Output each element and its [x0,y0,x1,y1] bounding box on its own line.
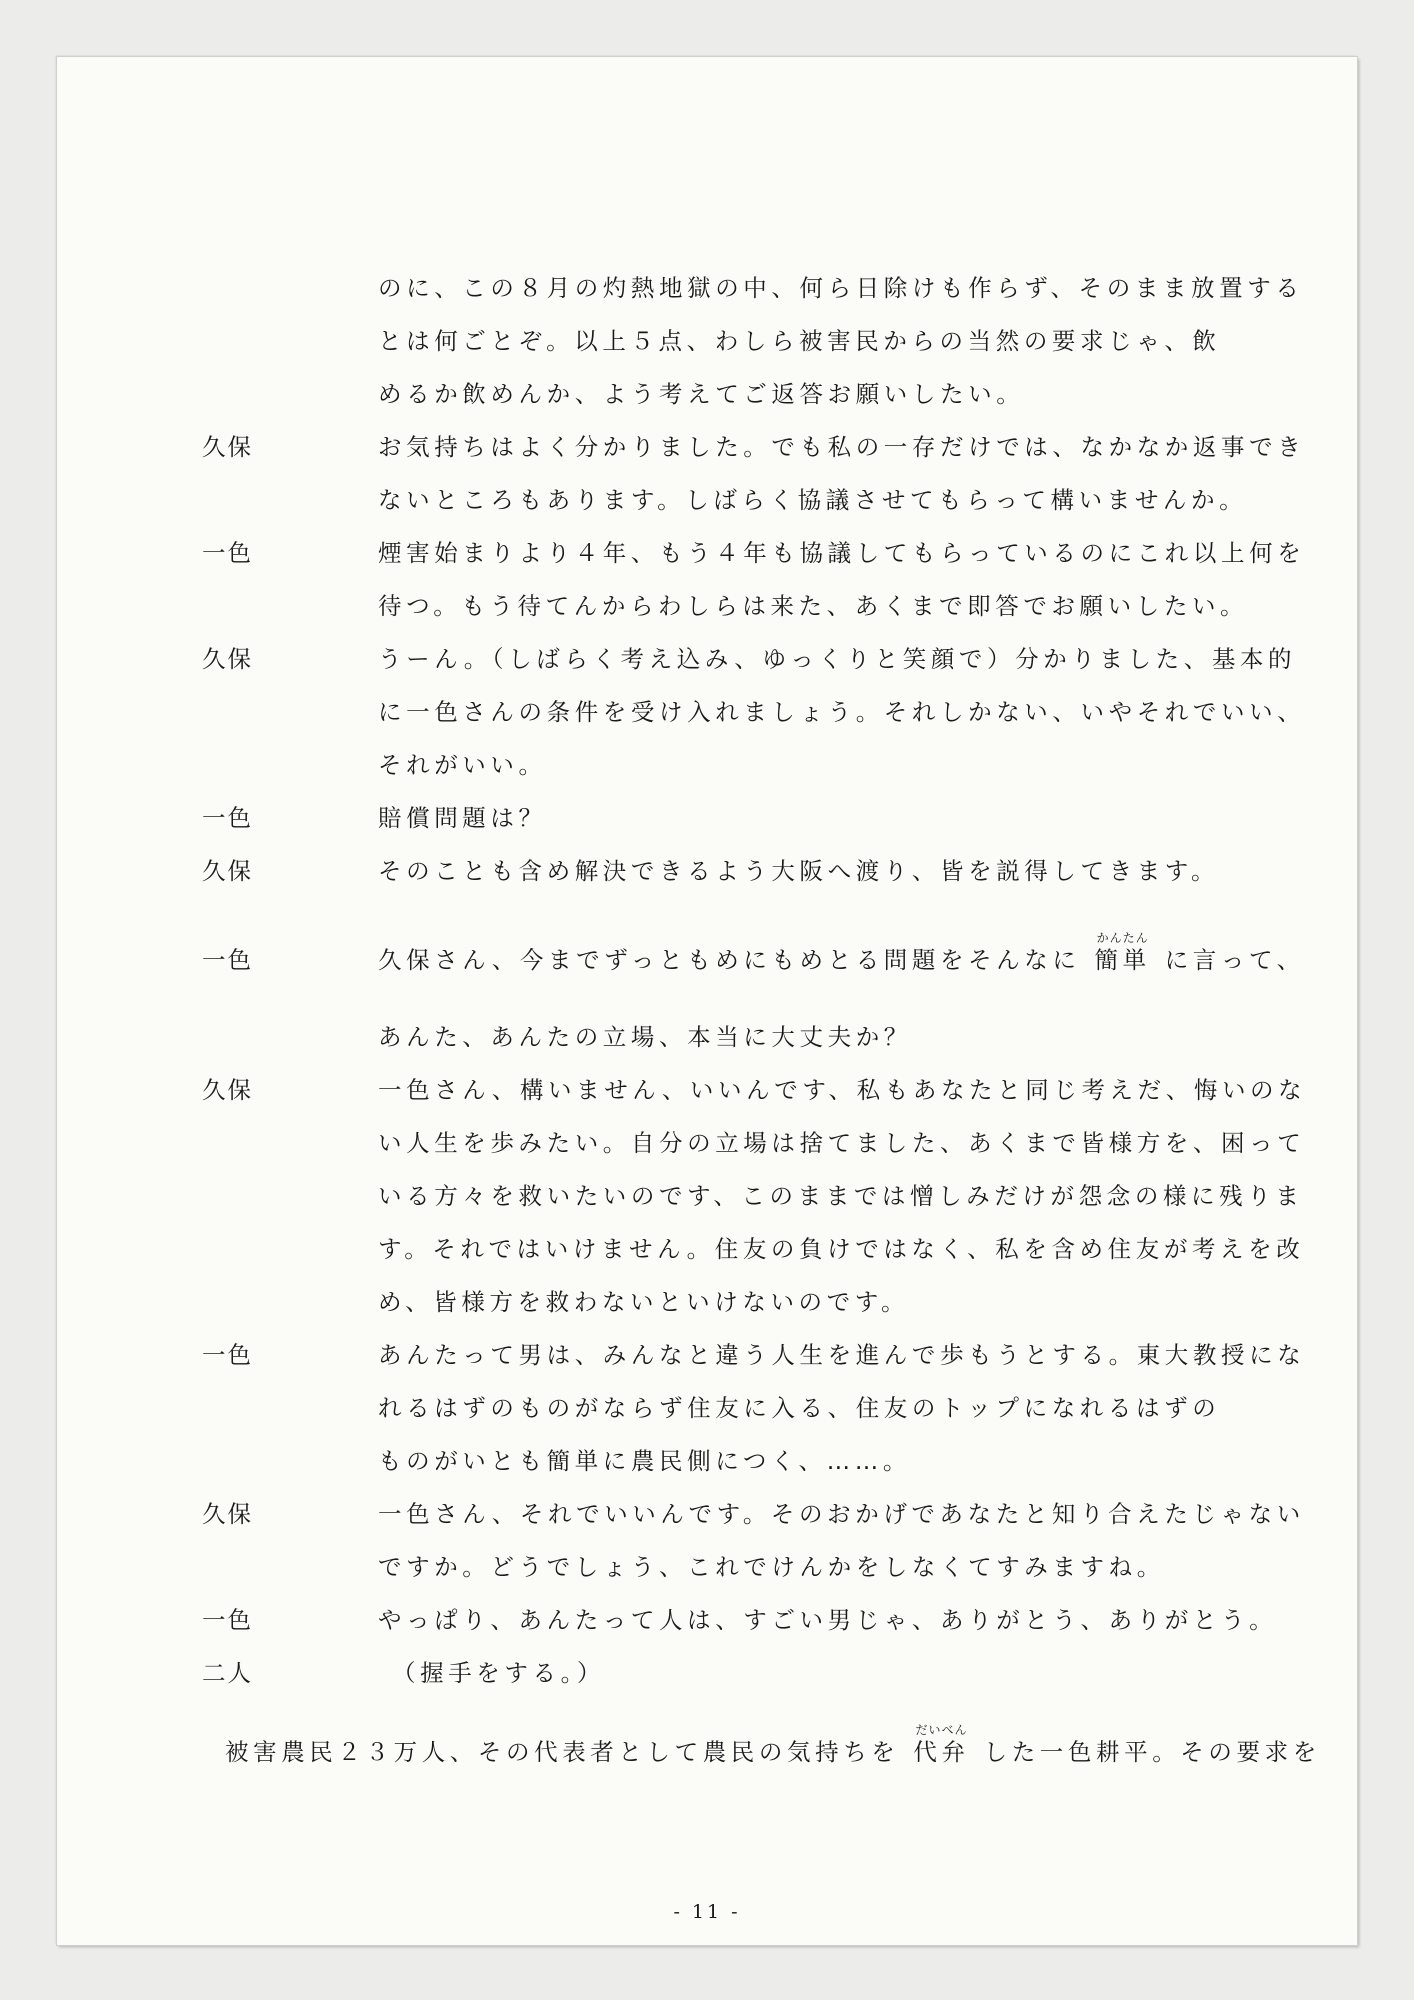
dialogue-line: うーん。（しばらく考え込み、ゆっくりと笑顔で）分かりました、基本的 [378,644,1296,674]
speaker-name: 二人 [202,1658,253,1688]
ruby-word: かんたん簡単 [1095,945,1151,975]
continuation-line: とは何ごとぞ。以上５点、わしら被害民からの当然の要求じゃ、飲 [378,326,1221,356]
speaker-name: 久保 [202,644,253,674]
dialogue-line: す。それではいけません。住友の負けではなく、私を含め住友が考えを改 [378,1234,1304,1264]
text-after-ruby: に言って、 [1165,946,1305,974]
continuation-line: のに、この８月の灼熱地獄の中、何ら日除けも作らず、そのまま放置する [378,273,1303,303]
dialogue-line: ないところもあります。しばらく協議させてもらって構いませんか。 [378,485,1247,515]
speaker-name: 一色 [202,1340,253,1370]
dialogue-line: それがいい。 [378,750,547,780]
text-before-ruby: 久保さん、今までずっともめにもめとる問題をそんなに [378,946,1081,974]
dialogue-line: 一色さん、構いません、いいんです、私もあなたと同じ考えだ、悔いのな [378,1075,1306,1105]
dialogue-line: ものがいとも簡単に農民側につく、……。 [378,1446,911,1476]
speaker-name: 一色 [202,538,253,568]
ruby-reading: だいべん [915,1715,967,1745]
dialogue-line: 賠償問題は？ [378,803,547,833]
dialogue-line: ですか。どうでしょう、これでけんかをしなくてすみますね。 [378,1552,1165,1582]
speaker-name: 一色 [202,1605,253,1635]
speaker-name: 一色 [202,803,253,833]
narration-after-ruby: した一色耕平。その要求を [984,1738,1321,1766]
dialogue-line: に一色さんの条件を受け入れましょう。それしかない、いやそれでいい、 [378,697,1305,727]
dialogue-line: いる方々を救いたいのです、このままでは憎しみだけが怨念の様に残りま [378,1181,1303,1211]
speaker-name: 久保 [202,1499,253,1529]
dialogue-line: 待つ。もう待てんからわしらは来た、あくまで即答でお願いしたい。 [378,591,1248,621]
narration-line: 被害農民２３万人、その代表者として農民の気持ちをだいべん代弁した一色耕平。その要… [225,1737,1321,1767]
dialogue-line: やっぱり、あんたって人は、すごい男じゃ、ありがとう、ありがとう。 [378,1605,1277,1635]
dialogue-line: れるはずのものがならず住友に入る、住友のトップになれるはずの [378,1393,1220,1423]
dialogue-line: あんた、あんたの立場、本当に大丈夫か？ [378,1022,912,1052]
speaker-name: 久保 [202,1075,253,1105]
stage-direction: （握手をする。） [392,1658,605,1688]
dialogue-line: あんたって男は、みんなと違う人生を進んで歩もうとする。東大教授にな [378,1340,1305,1370]
continuation-line: めるか飲めんか、よう考えてご返答お願いしたい。 [378,379,1024,409]
document-page: のに、この８月の灼熱地獄の中、何ら日除けも作らず、そのまま放置する とは何ごとぞ… [57,57,1357,1945]
ruby-word: だいべん代弁 [913,1737,969,1767]
speaker-name: 久保 [202,856,253,886]
dialogue-line: そのことも含め解決できるよう大阪へ渡り、皆を説得してきます。 [378,856,1219,886]
dialogue-line: い人生を歩みたい。自分の立場は捨てました、あくまで皆様方を、困って [378,1128,1305,1158]
dialogue-line: め、皆様方を救わないといけないのです。 [378,1287,909,1317]
ruby-reading: かんたん [1097,923,1149,953]
page-number: - 11 - [57,1901,1357,1923]
dialogue-line: 煙害始まりより４年、もう４年も協議してもらっているのにこれ以上何を [378,538,1305,568]
dialogue-line: お気持ちはよく分かりました。でも私の一存だけでは、なかなか返事でき [378,432,1305,462]
dialogue-line-with-ruby: 久保さん、今までずっともめにもめとる問題をそんなにかんたん簡単に言って、 [378,945,1305,975]
speaker-name: 一色 [202,945,253,975]
narration-before-ruby: 被害農民２３万人、その代表者として農民の気持ちを [225,1738,899,1766]
speaker-name: 久保 [202,432,253,462]
dialogue-line: 一色さん、それでいいんです。そのおかげであなたと知り合えたじゃない [378,1499,1305,1529]
